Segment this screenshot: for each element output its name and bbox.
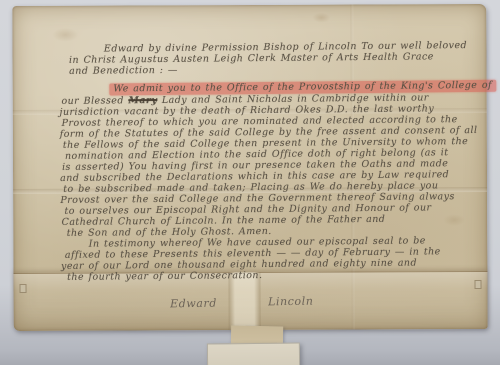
- stain: [52, 28, 78, 42]
- signature-lincoln: Lincoln: [268, 295, 314, 309]
- dedication-pre: our Blessed: [61, 95, 128, 107]
- strikethrough-word: Mary: [128, 95, 157, 106]
- stain: [312, 13, 330, 23]
- slit-right: [474, 280, 481, 289]
- slit-left: [20, 284, 27, 293]
- photo-background: Edward by divine Permission Bishop of Li…: [0, 0, 500, 365]
- signature-edward: Edward: [170, 297, 217, 311]
- seal-tag-lower: [207, 343, 300, 365]
- manuscript-text: Edward by divine Permission Bishop of Li…: [57, 40, 469, 283]
